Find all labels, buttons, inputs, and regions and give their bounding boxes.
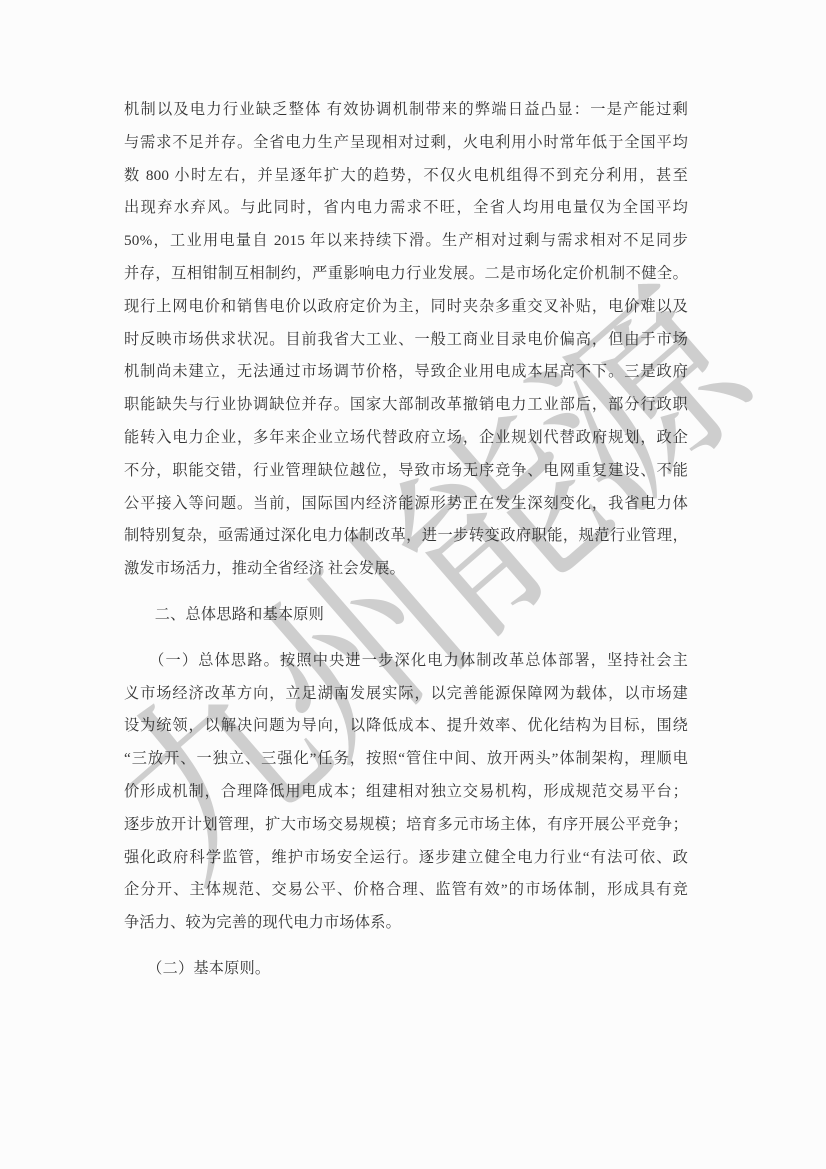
body-text-line: 能转入电力企业，多年来企业立场代替政府立场，企业规划代替政府规划，政企	[124, 422, 688, 455]
body-text-line: 制特别复杂，亟需通过深化电力体制改革，进一步转变政府职能，规范行业管理，	[124, 520, 688, 553]
body-text-line: 不分，职能交错，行业管理缺位越位，导致市场无序竞争、电网重复建设、不能	[124, 455, 688, 488]
body-text-line: 与需求不足并存。全省电力生产呈现相对过剩，火电利用小时常年低于全国平均	[124, 127, 688, 160]
body-text-line: 时反映市场供求状况。目前我省大工业、一般工商业目录电价偏高，但由于市场	[124, 324, 688, 357]
body-text-line: “三放开、一独立、三强化”任务，按照“管住中间、放开两头”体制架构，理顺电	[124, 743, 688, 776]
body-text-line: 机制以及电力行业缺乏整体 有效协调机制带来的弊端日益凸显：一是产能过剩	[124, 94, 688, 127]
body-text-line: 数 800 小时左右，并呈逐年扩大的趋势，不仅火电机组得不到充分利用，甚至	[124, 160, 688, 193]
body-text-line: 义市场经济改革方向，立足湖南发展实际，以完善能源保障网为载体，以市场建	[124, 678, 688, 711]
section-heading: 二、总体思路和基本原则	[124, 599, 688, 632]
body-text-line: 出现弃水弃风。与此同时，省内电力需求不旺，全省人均用电量仅为全国平均	[124, 192, 688, 225]
body-text-line: 50%，工业用电量自 2015 年以来持续下滑。生产相对过剩与需求相对不足同步	[124, 225, 688, 258]
body-text-line: 现行上网电价和销售电价以政府定价为主，同时夹杂多重交叉补贴，电价难以及	[124, 291, 688, 324]
body-text-line: （一）总体思路。按照中央进一步深化电力体制改革总体部署，坚持社会主	[124, 645, 688, 678]
body-text-line: 机制尚未建立，无法通过市场调节价格，导致企业用电成本居高不下。三是政府	[124, 356, 688, 389]
body-text-line: 价形成机制，合理降低用电成本；组建相对独立交易机构，形成规范交易平台；	[124, 776, 688, 809]
section-heading-block: 二、总体思路和基本原则	[124, 599, 688, 632]
document-body: 机制以及电力行业缺乏整体 有效协调机制带来的弊端日益凸显：一是产能过剩 与需求不…	[124, 94, 688, 986]
body-text-line: 职能缺失与行业协调缺位并存。国家大部制改革撤销电力工业部后，部分行政职	[124, 389, 688, 422]
body-text-line: 强化政府科学监管，维护市场安全运行。逐步建立健全电力行业“有法可依、政	[124, 842, 688, 875]
document-page: 九州能源 机制以及电力行业缺乏整体 有效协调机制带来的弊端日益凸显：一是产能过剩…	[0, 0, 826, 1169]
body-text-line: 公平接入等问题。当前，国际国内经济能源形势正在发生深刻变化，我省电力体	[124, 488, 688, 521]
body-text-line: 企分开、主体规范、交易公平、价格合理、监管有效”的市场体制，形成具有竞	[124, 874, 688, 907]
subsection-heading-block: （二）基本原则。	[124, 953, 688, 986]
body-text-line: 逐步放开计划管理，扩大市场交易规模；培育多元市场主体，有序开展公平竞争；	[124, 809, 688, 842]
subsection-heading: （二）基本原则。	[124, 953, 688, 986]
body-text-line: 激发市场活力，推动全省经济 社会发展。	[124, 553, 688, 586]
body-text-line: 并存，互相钳制互相制约，严重影响电力行业发展。二是市场化定价机制不健全。	[124, 258, 688, 291]
body-text-line: 设为统领，以解决问题为导向，以降低成本、提升效率、优化结构为目标，围绕	[124, 710, 688, 743]
paragraph: 机制以及电力行业缺乏整体 有效协调机制带来的弊端日益凸显：一是产能过剩 与需求不…	[124, 94, 688, 586]
body-text-line: 争活力、较为完善的现代电力市场体系。	[124, 907, 688, 940]
paragraph: （一）总体思路。按照中央进一步深化电力体制改革总体部署，坚持社会主 义市场经济改…	[124, 645, 688, 940]
